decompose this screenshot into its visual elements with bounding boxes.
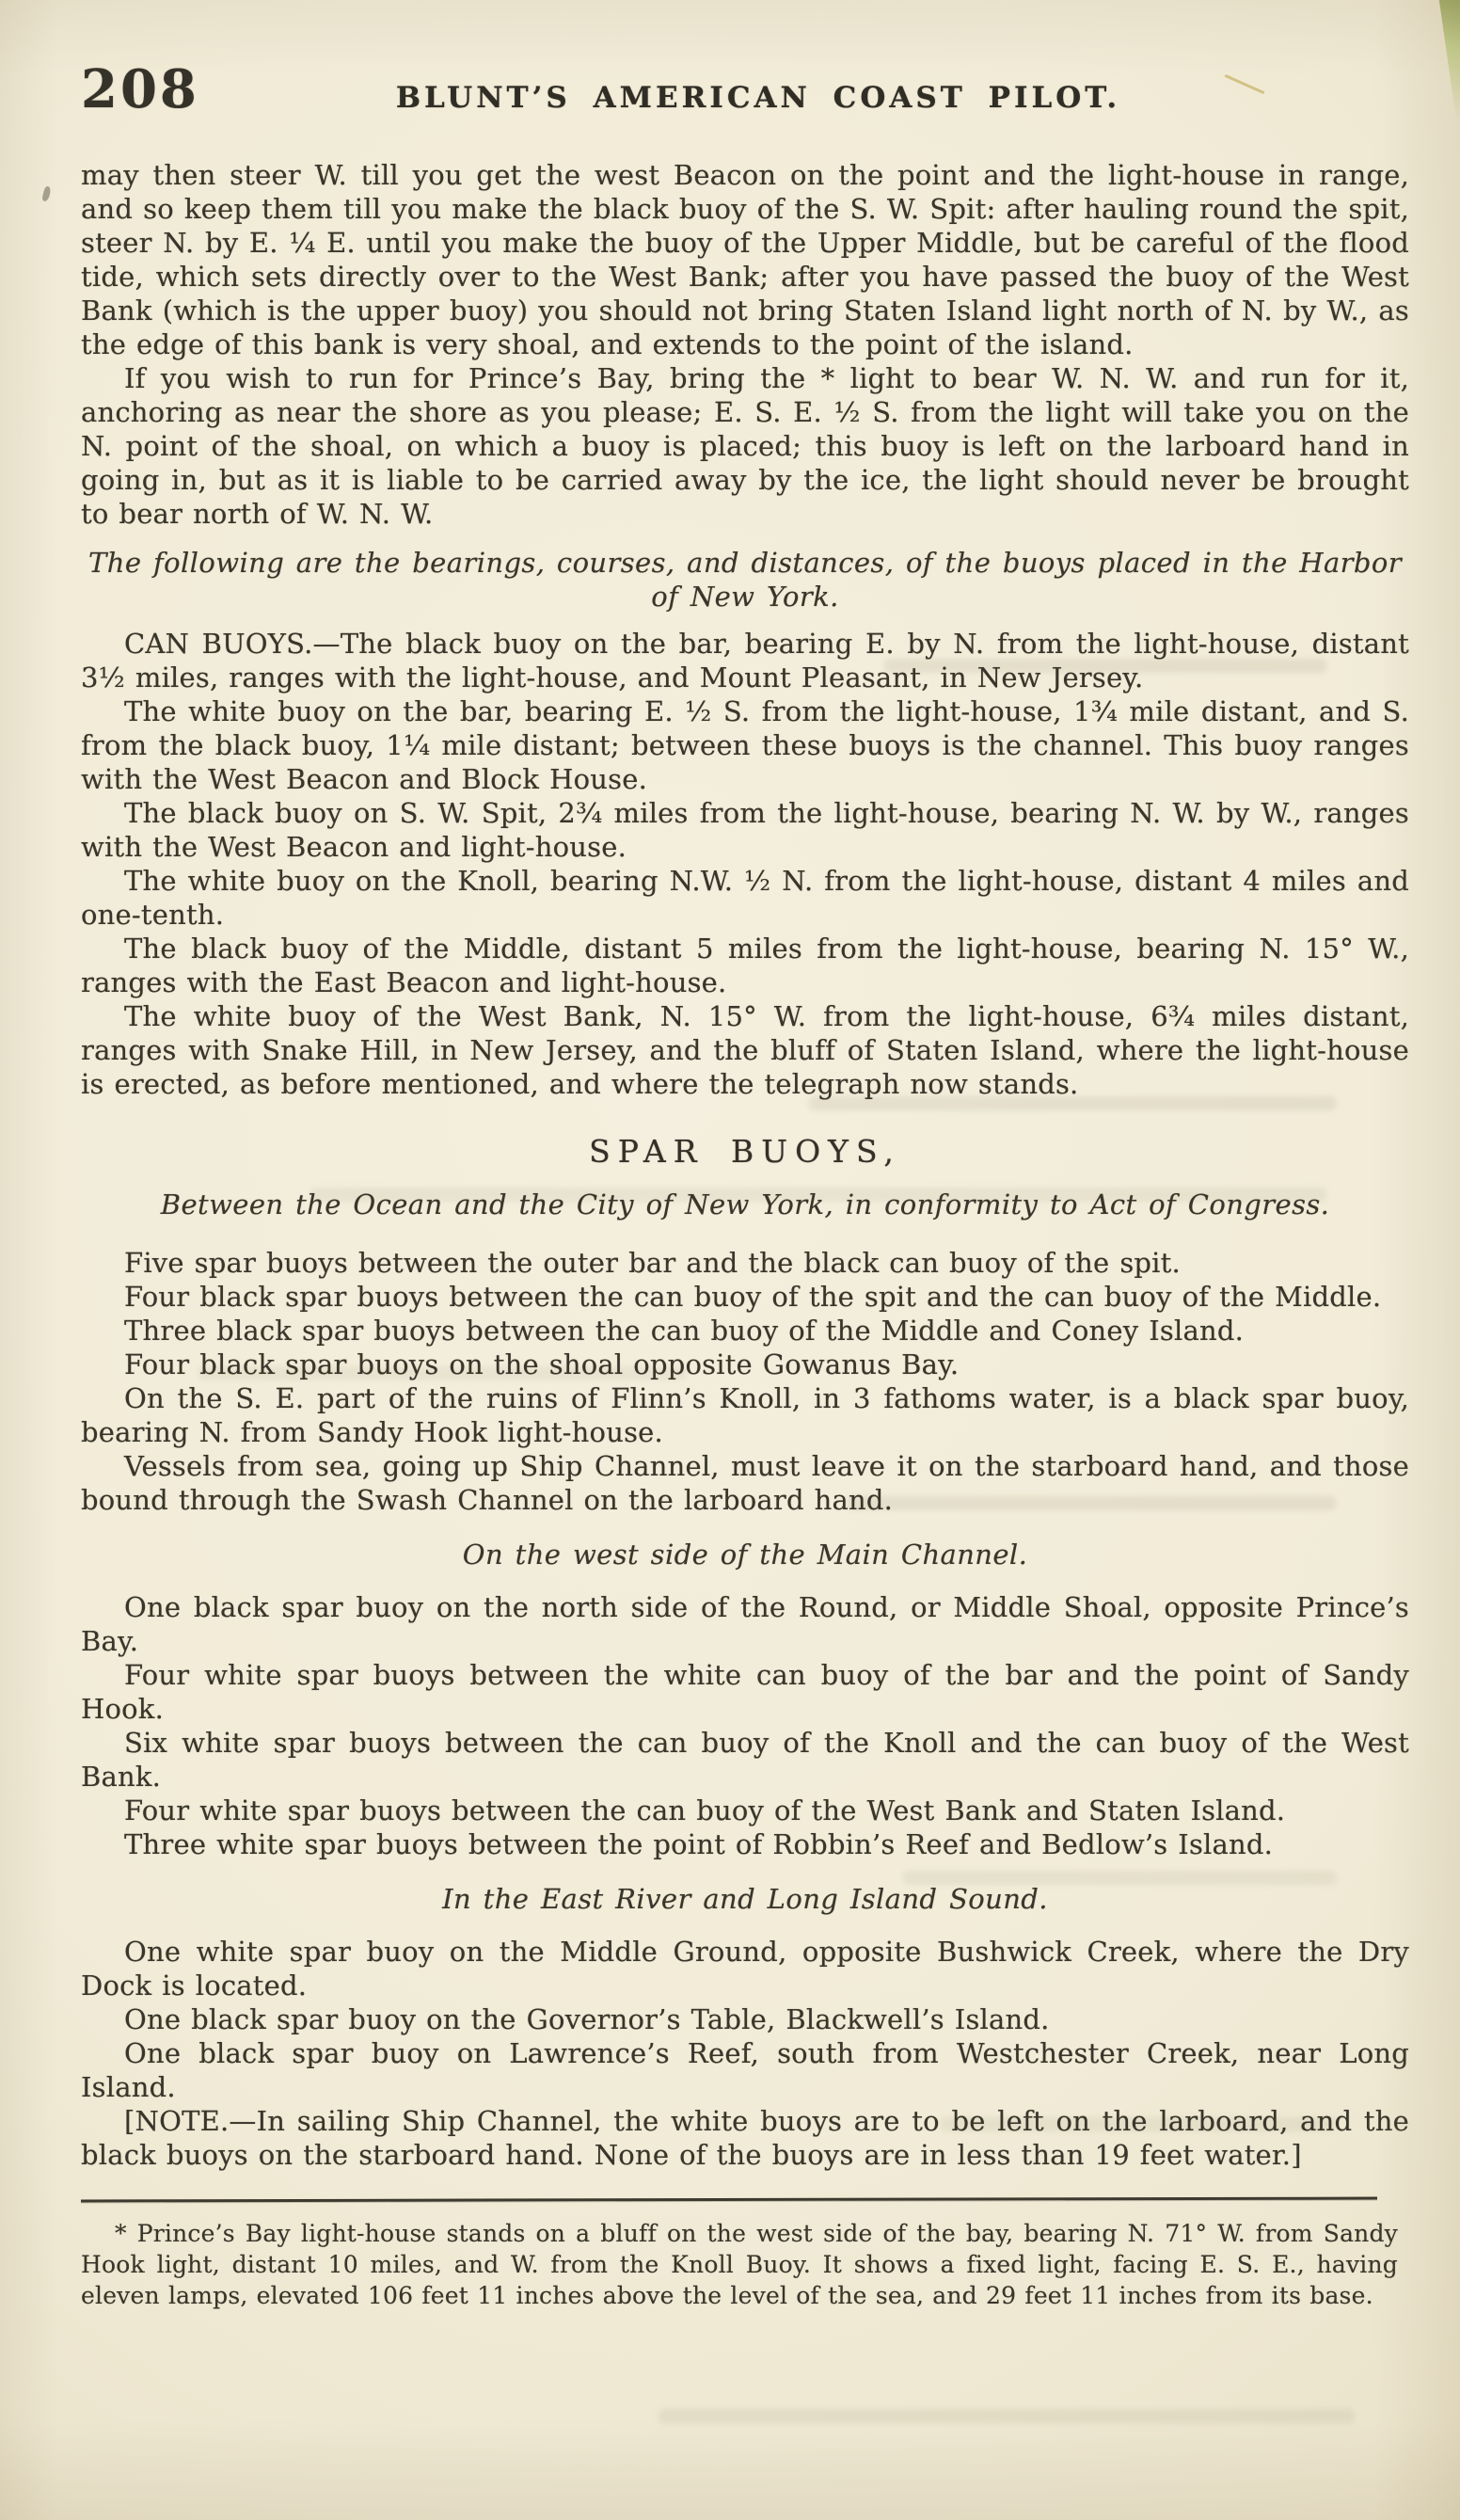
footnote: * Prince’s Bay light-house stands on a b… — [81, 2218, 1398, 2311]
paragraph: One black spar buoy on the north side of… — [81, 1590, 1409, 1658]
can-buoys-paragraph: CAN BUOYS.—The black buoy on the bar, be… — [81, 627, 1409, 694]
paragraph: Vessels from sea, going up Ship Channel,… — [81, 1449, 1409, 1517]
paragraph: Six white spar buoys between the can buo… — [81, 1726, 1409, 1794]
paragraph: Four white spar buoys between the white … — [81, 1658, 1409, 1726]
note-paragraph: [NOTE.—In sailing Ship Channel, the whit… — [81, 2104, 1409, 2172]
paragraph: may then steer W. till you get the west … — [81, 158, 1409, 361]
paragraph: The black buoy on S. W. Spit, 2¾ miles f… — [81, 796, 1409, 864]
buoys-intro-heading: The following are the bearings, courses,… — [81, 546, 1409, 614]
east-river-heading: In the East River and Long Island Sound. — [81, 1882, 1409, 1916]
paragraph: The white buoy on the Knoll, bearing N.W… — [81, 864, 1409, 932]
paragraph: Four black spar buoys between the can bu… — [81, 1280, 1409, 1314]
paragraph: Three black spar buoys between the can b… — [81, 1314, 1409, 1348]
footnote-divider — [81, 2197, 1377, 2203]
paragraph: The white buoy of the West Bank, N. 15° … — [81, 999, 1409, 1101]
paragraph: Three white spar buoys between the point… — [81, 1827, 1409, 1861]
bleed-through-artifact — [659, 2409, 1355, 2423]
paragraph: Four white spar buoys between the can bu… — [81, 1794, 1409, 1827]
spar-buoys-heading: SPAR BUOYS, — [81, 1135, 1409, 1169]
paragraph: One black spar buoy on the Governor’s Ta… — [81, 2002, 1409, 2036]
paragraph: The white buoy on the bar, bearing E. ½ … — [81, 694, 1409, 796]
page-body: may then steer W. till you get the west … — [81, 158, 1409, 2172]
main-channel-west-heading: On the west side of the Main Channel. — [81, 1538, 1409, 1571]
paragraph: One white spar buoy on the Middle Ground… — [81, 1935, 1409, 2002]
page-content: 208 BLUNT’S AMERICAN COAST PILOT. may th… — [0, 0, 1460, 2311]
paragraph: On the S. E. part of the ruins of Flinn’… — [81, 1381, 1409, 1449]
spar-buoys-subheading: Between the Ocean and the City of New Yo… — [81, 1188, 1409, 1221]
paragraph: Five spar buoys between the outer bar an… — [81, 1246, 1409, 1280]
paragraph: If you wish to run for Prince’s Bay, bri… — [81, 361, 1409, 531]
paragraph: One black spar buoy on Lawrence’s Reef, … — [81, 2036, 1409, 2104]
running-title: BLUNT’S AMERICAN COAST PILOT. — [396, 81, 1120, 115]
paragraph: Four black spar buoys on the shoal oppos… — [81, 1348, 1409, 1381]
page-number: 208 — [81, 58, 383, 120]
scanned-book-page: 208 BLUNT’S AMERICAN COAST PILOT. may th… — [0, 0, 1460, 2520]
running-head: 208 BLUNT’S AMERICAN COAST PILOT. — [81, 58, 1409, 120]
paragraph: The black buoy of the Middle, distant 5 … — [81, 932, 1409, 999]
